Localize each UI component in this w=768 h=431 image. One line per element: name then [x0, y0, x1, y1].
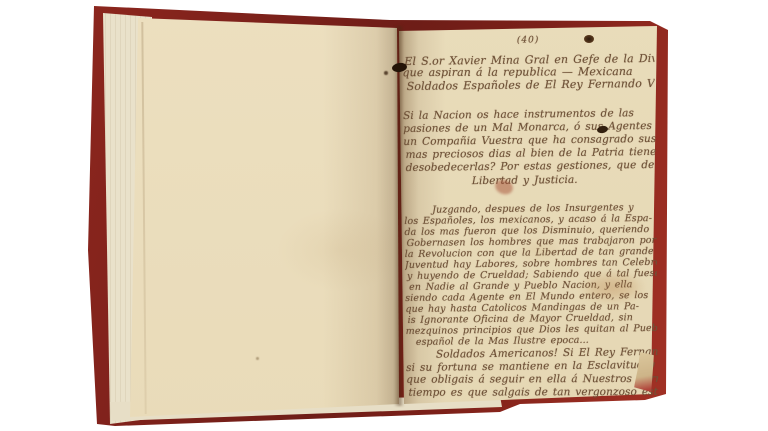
manuscript-line: tiempo es que salgais de tan vergonzoso …	[408, 387, 658, 398]
handwritten-text-block: (40) El S.or Xavier Mina Gral en Gefe de…	[402, 27, 659, 408]
manuscript-line: que aspiran á la republica — Mexicana	[402, 66, 632, 78]
paper-speck	[256, 357, 259, 360]
manuscript-line: Si la Nacion os hace instrumentos de las	[403, 108, 634, 121]
manuscript-line: que obligais á seguir en ella á Nuestros…	[406, 374, 658, 386]
page-number: (40)	[402, 35, 654, 47]
manuscript-line: si su fortuna se mantiene en la Esclavit…	[406, 360, 659, 374]
manuscript-line: Soldados Españoles de El Rey Fernando VI…	[407, 78, 659, 92]
manuscript-line: desobedecerlas? Por estas gestiones, que…	[406, 160, 659, 174]
manuscript-line: español de la Mas Ilustre epoca...	[416, 336, 589, 348]
manuscript-line: Libertad y Justicia.	[472, 175, 578, 187]
foxing-stain	[586, 276, 638, 298]
manuscript-line: Soldados Americanos! Si El Rey Fernando,	[436, 347, 659, 360]
paper-speck	[384, 71, 388, 75]
photo-open-manuscript-book: (40) El S.or Xavier Mina Gral en Gefe de…	[0, 0, 768, 431]
ink-spot	[584, 35, 594, 43]
